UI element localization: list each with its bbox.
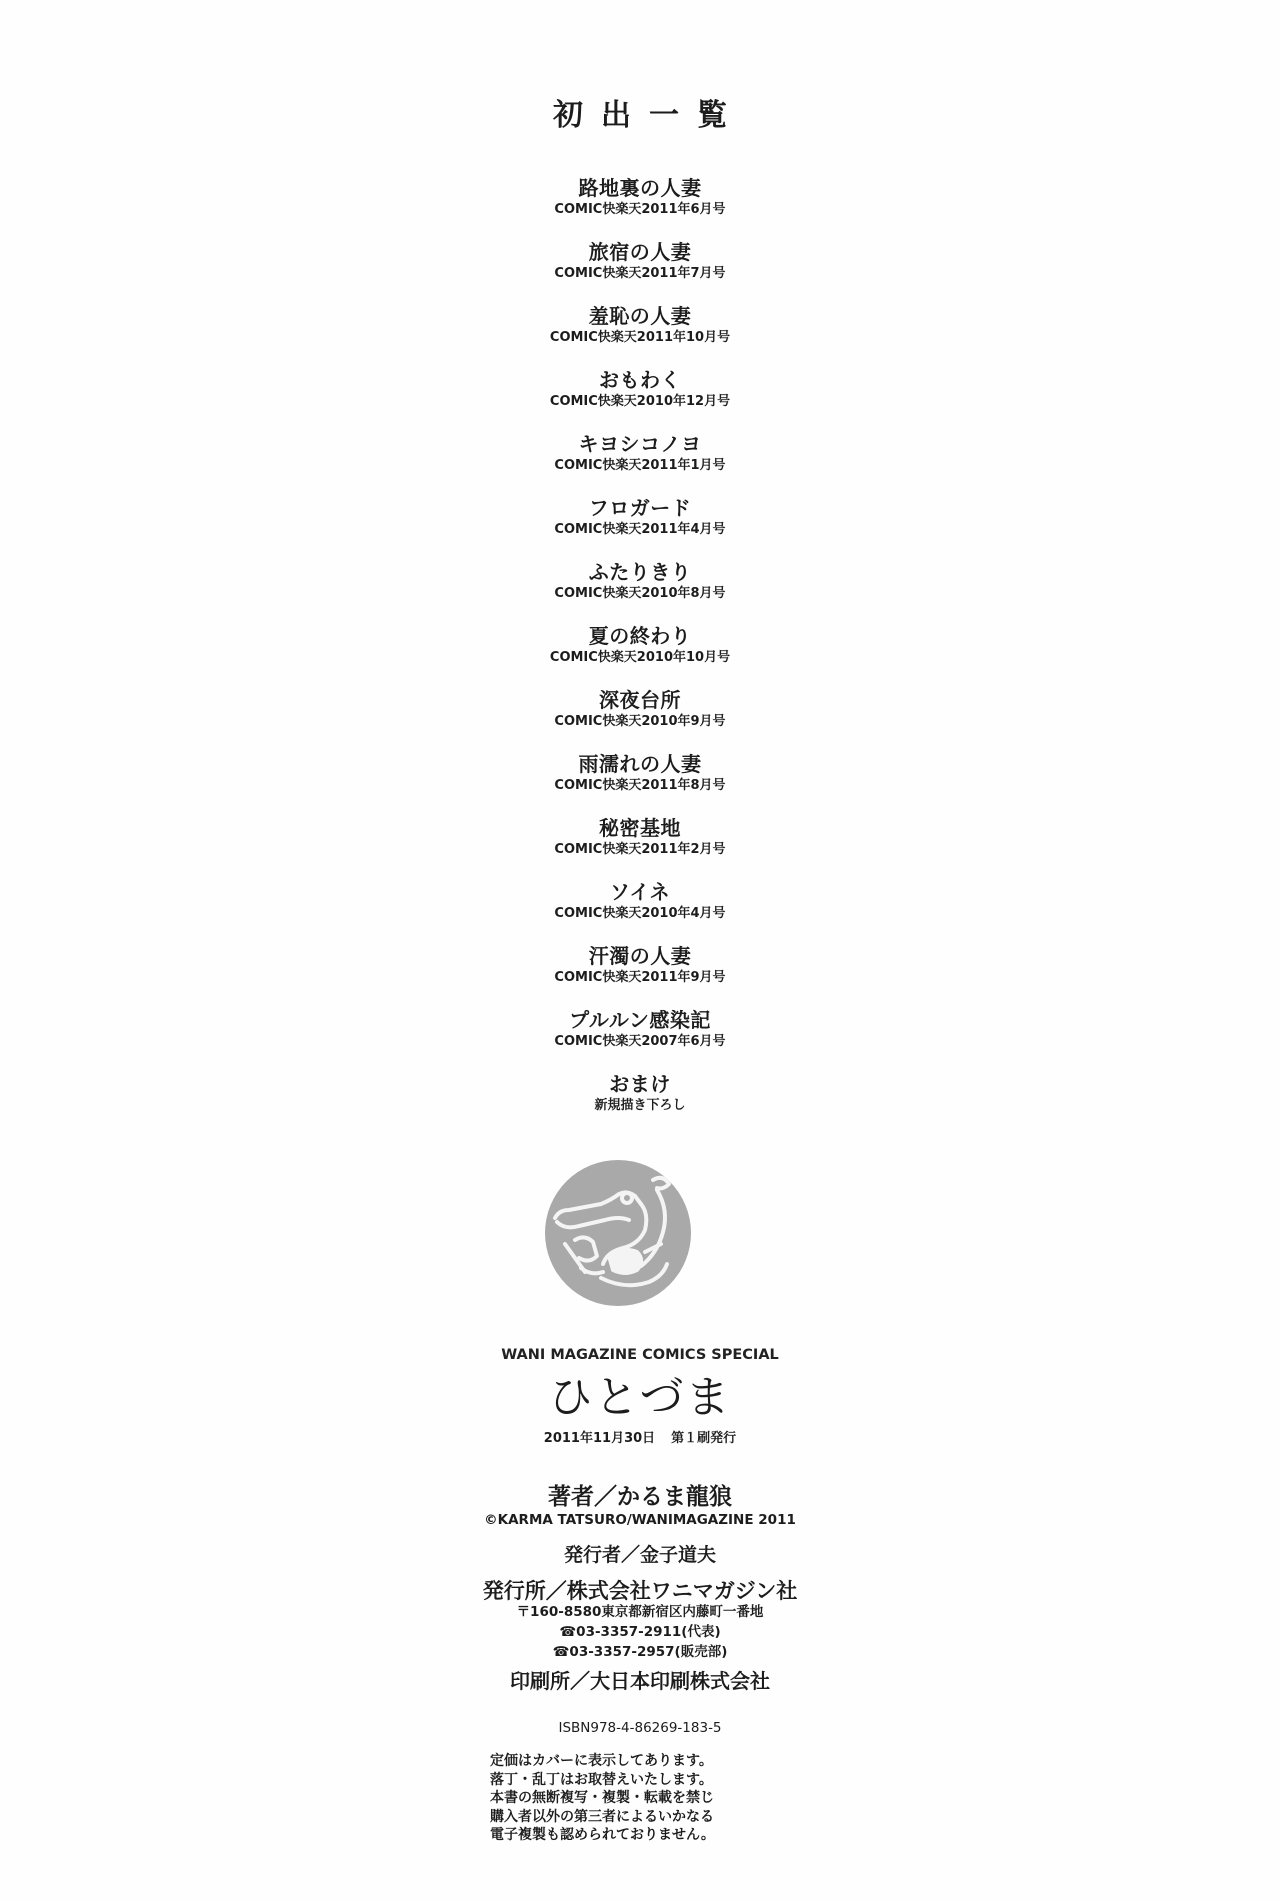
story-title: 汗濁の人妻 xyxy=(0,944,1280,968)
publication-date-line: 2011年11月30日第１刷発行 xyxy=(0,1429,1280,1449)
list-item: おまけ 新規描き下ろし xyxy=(0,1072,1280,1136)
notice-line: 定価はカバーに表示してあります。 xyxy=(490,1752,750,1771)
story-source: COMIC快楽天2011年4月号 xyxy=(0,521,1280,538)
story-title: ふたりきり xyxy=(0,560,1280,584)
list-item: 汗濁の人妻 COMIC快楽天2011年9月号 xyxy=(0,944,1280,1008)
story-source: COMIC快楽天2011年8月号 xyxy=(0,777,1280,794)
story-title: ソイネ xyxy=(0,880,1280,904)
story-source: COMIC快楽天2010年8月号 xyxy=(0,585,1280,602)
publisher-address: 〒160-8580東京都新宿区内藤町一番地 xyxy=(0,1603,1280,1621)
publication-date: 2011年11月30日 xyxy=(544,1431,655,1446)
story-source: COMIC快楽天2011年7月号 xyxy=(0,265,1280,282)
list-item: ソイネ COMIC快楽天2010年4月号 xyxy=(0,880,1280,944)
story-source: COMIC快楽天2007年6月号 xyxy=(0,1033,1280,1050)
phone-main: ☎03-3357-2911(代表) xyxy=(0,1623,1280,1641)
phone-icon: ☎ xyxy=(559,1624,576,1640)
list-item: 深夜台所 COMIC快楽天2010年9月号 xyxy=(0,688,1280,752)
story-source: COMIC快楽天2011年1月号 xyxy=(0,457,1280,474)
list-item: 雨濡れの人妻 COMIC快楽天2011年8月号 xyxy=(0,752,1280,816)
author: 著者／かるま龍狼 xyxy=(0,1482,1280,1512)
notice-line: 購入者以外の第三者によるいかなる xyxy=(490,1808,750,1827)
story-title: 深夜台所 xyxy=(0,688,1280,712)
legal-notice: 定価はカバーに表示してあります。 落丁・乱丁はお取替えいたします。 本書の無断複… xyxy=(490,1752,750,1845)
story-title: 旅宿の人妻 xyxy=(0,240,1280,264)
publisher-company: 発行所／株式会社ワニマガジン社 xyxy=(0,1576,1280,1606)
list-item: ふたりきり COMIC快楽天2010年8月号 xyxy=(0,560,1280,624)
story-title: 夏の終わり xyxy=(0,624,1280,648)
story-source: COMIC快楽天2010年4月号 xyxy=(0,905,1280,922)
notice-line: 電子複製も認められておりません。 xyxy=(490,1826,750,1845)
list-item: 路地裏の人妻 COMIC快楽天2011年6月号 xyxy=(0,176,1280,240)
story-title: おもわく xyxy=(0,368,1280,392)
notice-line: 本書の無断複写・複製・転載を禁じ xyxy=(490,1789,750,1808)
list-item: プルルン感染記 COMIC快楽天2007年6月号 xyxy=(0,1008,1280,1072)
story-source: COMIC快楽天2010年9月号 xyxy=(0,713,1280,730)
story-title: フロガード xyxy=(0,496,1280,520)
story-title: プルルン感染記 xyxy=(0,1008,1280,1032)
series-name: WANI MAGAZINE COMICS SPECIAL xyxy=(0,1345,1280,1365)
phone-icon: ☎ xyxy=(553,1644,570,1660)
notice-line: 落丁・乱丁はお取替えいたします。 xyxy=(490,1771,750,1790)
list-item: 羞恥の人妻 COMIC快楽天2011年10月号 xyxy=(0,304,1280,368)
isbn: ISBN978-4-86269-183-5 xyxy=(0,1718,1280,1738)
story-source: COMIC快楽天2011年2月号 xyxy=(0,841,1280,858)
list-item: フロガード COMIC快楽天2011年4月号 xyxy=(0,496,1280,560)
story-source: COMIC快楽天2011年9月号 xyxy=(0,969,1280,986)
phone-main-number: 03-3357-2911(代表) xyxy=(576,1624,720,1640)
list-item: おもわく COMIC快楽天2010年12月号 xyxy=(0,368,1280,432)
first-appearance-list: 路地裏の人妻 COMIC快楽天2011年6月号 旅宿の人妻 COMIC快楽天20… xyxy=(0,176,1280,1136)
list-item: 夏の終わり COMIC快楽天2010年10月号 xyxy=(0,624,1280,688)
story-title: 雨濡れの人妻 xyxy=(0,752,1280,776)
story-title: おまけ xyxy=(0,1072,1280,1096)
copyright: ©KARMA TATSURO/WANIMAGAZINE 2011 xyxy=(0,1511,1280,1529)
list-item: 旅宿の人妻 COMIC快楽天2011年7月号 xyxy=(0,240,1280,304)
story-source: 新規描き下ろし xyxy=(0,1097,1280,1114)
publisher-person: 発行者／金子道夫 xyxy=(0,1541,1280,1569)
story-source: COMIC快楽天2010年10月号 xyxy=(0,649,1280,666)
colophon-page: 初出一覧 路地裏の人妻 COMIC快楽天2011年6月号 旅宿の人妻 COMIC… xyxy=(0,0,1280,1901)
story-title: 路地裏の人妻 xyxy=(0,176,1280,200)
story-title: 羞恥の人妻 xyxy=(0,304,1280,328)
page-heading: 初出一覧 xyxy=(0,96,1280,136)
story-source: COMIC快楽天2011年10月号 xyxy=(0,329,1280,346)
story-source: COMIC快楽天2011年6月号 xyxy=(0,201,1280,218)
edition: 第１刷発行 xyxy=(671,1431,736,1446)
story-source: COMIC快楽天2010年12月号 xyxy=(0,393,1280,410)
story-title: 秘密基地 xyxy=(0,816,1280,840)
list-item: 秘密基地 COMIC快楽天2011年2月号 xyxy=(0,816,1280,880)
printer: 印刷所／大日本印刷株式会社 xyxy=(0,1667,1280,1695)
phone-sales: ☎03-3357-2957(販売部) xyxy=(0,1643,1280,1661)
list-item: キヨシコノヨ COMIC快楽天2011年1月号 xyxy=(0,432,1280,496)
book-title: ひとづま xyxy=(0,1370,1280,1426)
crocodile-logo-icon xyxy=(545,1160,691,1306)
phone-sales-number: 03-3357-2957(販売部) xyxy=(569,1644,727,1660)
story-title: キヨシコノヨ xyxy=(0,432,1280,456)
